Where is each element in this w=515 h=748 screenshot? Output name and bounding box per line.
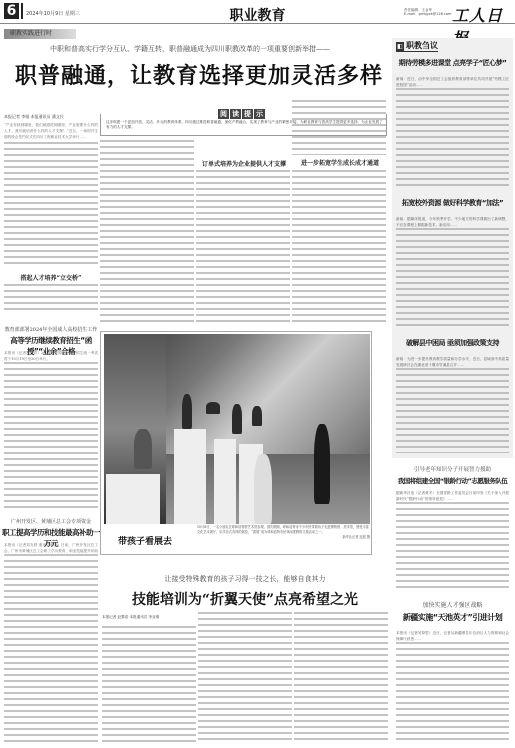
column-tag: 职教实践进行时 — [4, 29, 76, 39]
main-body-col4b — [292, 170, 386, 270]
sidebar-article1-news: 新闻：近日，由中华全国总工会组织教育部等单位共同开展“劳模工匠进校园”活动…… — [396, 76, 509, 88]
reading-tips-label: 阅读提示 — [218, 109, 266, 119]
subhead-order-training: 订单式培养为企业提供人才支撑 — [196, 159, 292, 168]
sidebar-column-title: ◧职教刍议 — [396, 40, 438, 52]
feature-kicker: 让接受特殊教育的孩子习得一技之长，能够自食其力 — [100, 574, 390, 584]
sidebar-article1-body — [396, 88, 509, 188]
sidebar-article1-headline: 期待劳模多进课堂 点亮学子“匠心梦” — [394, 58, 511, 68]
editor-info: 责任编辑：王金华 E-mail：grrbjyzk@126.com — [404, 8, 451, 16]
feature-col1 — [102, 626, 196, 744]
main-body-col2b — [100, 272, 194, 322]
main-body-col3b — [196, 272, 290, 322]
main-body-col2 — [100, 140, 194, 270]
main-body-col4a — [292, 100, 386, 155]
news1-headline: 我国将组建全国“银龄行动”志愿服务队伍 — [392, 476, 513, 485]
subhead-talent-bridge: 搭起人才培养“立交桥” — [4, 273, 98, 282]
sidebar-article3-headline: 破解县中困局 亟须加强政策支持 — [394, 338, 511, 348]
brief1-kicker: 教育部部署2024年全国成人高校招生工作 — [4, 326, 98, 333]
news2-kicker: 加快实施人才强区战略 — [392, 600, 513, 609]
news2-headline: 新疆实施“天池英才”引进计划 — [392, 612, 513, 623]
news1-lead: 据新华社电（记者黄冬）全国老龄工作委员会日前印发《关于深入开展新时代“银龄行动”… — [396, 490, 509, 502]
brief1-body — [4, 362, 98, 512]
photo-credit: 新华社记者 连振 摄 — [197, 535, 370, 540]
feature-col2 — [198, 612, 292, 744]
news1-kicker: 引导老年知识分子开展智力援助 — [392, 465, 513, 473]
main-lead-text: “产业有缺到哪里，我们就跟进到哪里；产业需要什么样的人才，我们就培养什么样的人才… — [4, 122, 98, 142]
news2-body — [396, 642, 509, 744]
sidebar-article2-headline: 拓宽校外资源 做好科学教育“加法” — [394, 198, 511, 208]
header-rule — [0, 23, 515, 24]
brief2-lead: 本报讯（记者刘友婷 通讯员黄泽）日前，广州开发区总工会、广州市黄埔区总工会职工学… — [4, 542, 98, 554]
main-kicker: 中职和普高实行学分互认、学籍互转，职普融通成为四川职教改革的一项重要创新举措—— — [20, 44, 360, 54]
sidebar-article3-body — [396, 368, 509, 453]
brief2-body — [4, 554, 98, 744]
sidebar-article2-news: 新闻：据媒体报道，今年秋季开学，不少地方的科学课做出了新调整，不仅在课程上紧跟新… — [396, 216, 509, 228]
brief2-kicker: 广州开发区、黄埔区总工会专项资金 — [4, 518, 98, 525]
sidebar-article3-news: 新闻：为进一步提升教育教学质量和办学水平，近日，县域高中高质量发展研讨会在湖北省… — [396, 356, 509, 368]
main-body-col3 — [196, 170, 290, 270]
sidebar-article2-body — [396, 228, 509, 328]
photo-title: 带孩子看展去 — [118, 534, 172, 547]
main-byline: 本报记者 李娅 本报通讯员 潘文民 — [4, 114, 64, 120]
main-body-col1b — [4, 284, 98, 314]
main-body-col1 — [4, 142, 98, 266]
news2-lead: 本报讯（记者吴铎思）近日，记者从新疆维吾尔自治区人力资源和社会保障厅获悉…… — [396, 630, 509, 642]
feature-byline: 本报记者 赵黎浩 本报通讯员 李亚明 — [102, 615, 159, 620]
column-icon: ◧ — [396, 42, 404, 51]
photo-caption: 10月6日，一名小朋友在呼和浩特蒙艺术馆参观。国庆假期，呼和浩特市不少市民带着孩… — [197, 525, 370, 540]
news1-body — [396, 502, 509, 592]
main-body-col4c — [292, 272, 386, 322]
feature-headline: 技能培训为“折翼天使”点亮希望之光 — [100, 589, 390, 609]
feature-col3 — [294, 612, 388, 744]
brief1-lead: 本报讯（记者李丹青）2024年全国成人高校招生统一考试将于10月19日至20日举… — [4, 350, 98, 362]
exhibition-photo — [104, 334, 370, 524]
main-headline: 职普融通，让教育选择更加灵活多样 — [14, 59, 384, 90]
subhead-growth-channel: 进一步拓宽学生成长成才通道 — [292, 158, 388, 167]
editor-email: E-mail：grrbjyzk@126.com — [404, 12, 451, 16]
